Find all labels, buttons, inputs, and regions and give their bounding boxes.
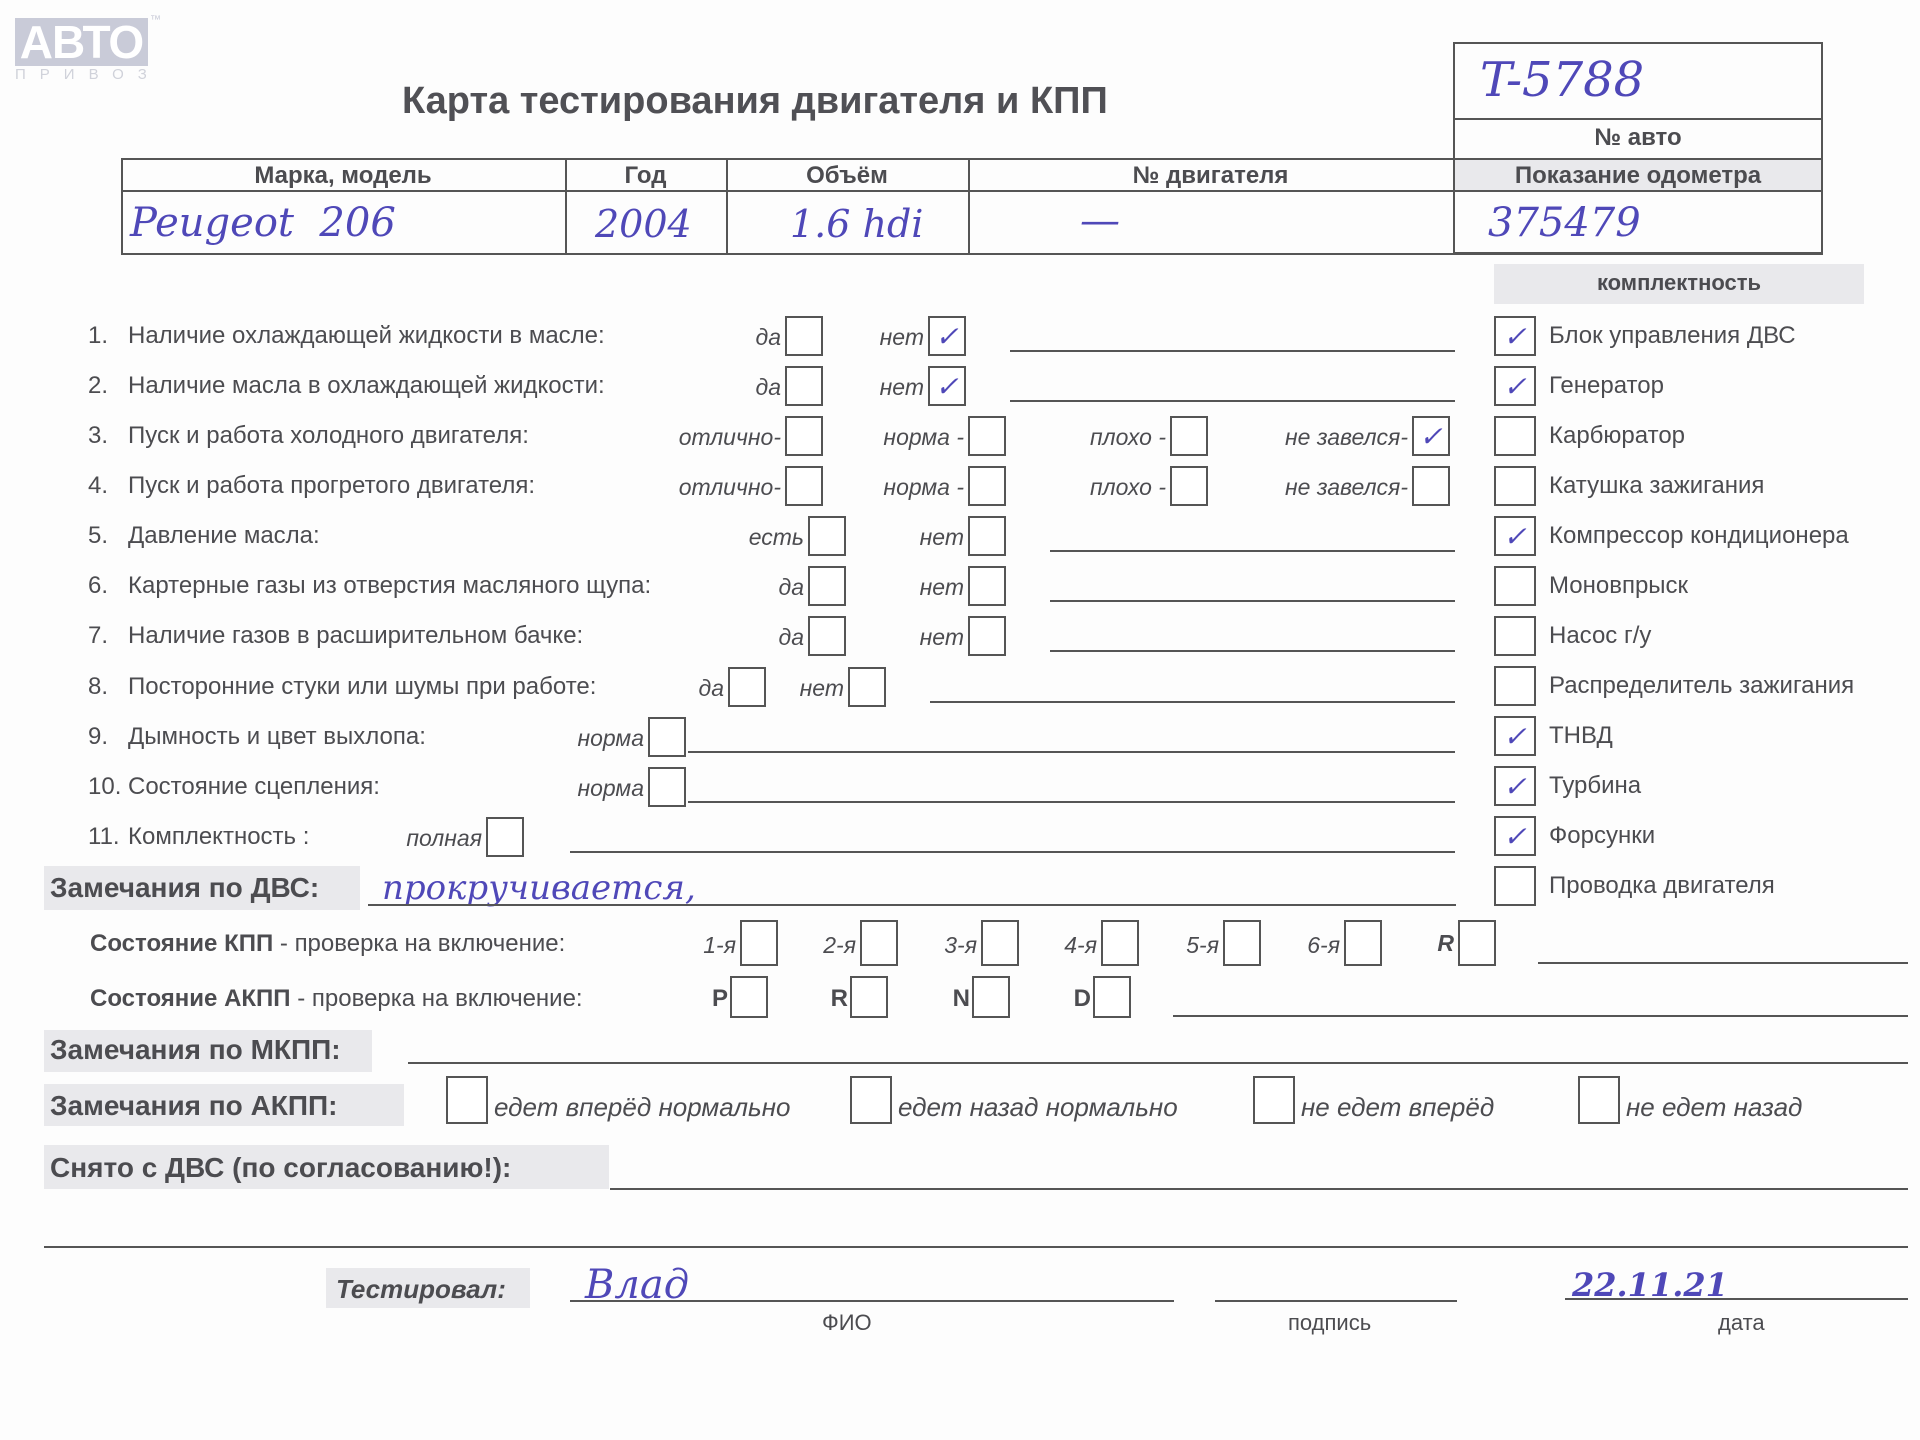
checklist-notes-line[interactable] xyxy=(688,751,1455,753)
tester-name-line xyxy=(570,1300,1174,1302)
checklist-label: Наличие газов в расширительном бачке: xyxy=(128,622,583,650)
gear-label: 4-я xyxy=(1064,932,1097,959)
checklist-label: Пуск и работа холодного двигателя: xyxy=(128,422,529,450)
option-label: плохо - xyxy=(1090,424,1166,451)
value-year[interactable]: 2004 xyxy=(595,202,692,246)
gear-label: 6-я xyxy=(1307,932,1340,959)
gear-checkbox[interactable] xyxy=(730,976,768,1018)
option-label: норма - xyxy=(883,424,964,451)
gear-label: P xyxy=(712,985,728,1013)
checklist-number: 8. xyxy=(88,673,108,701)
option-label: полная xyxy=(406,825,482,852)
auto-remark-checkbox[interactable] xyxy=(1578,1076,1620,1124)
option-label: нет xyxy=(920,524,964,551)
gear-label: 1-я xyxy=(703,932,736,959)
completeness-checkbox[interactable]: ✓ xyxy=(1494,816,1536,856)
gear-label: 5-я xyxy=(1186,932,1219,959)
gear-checkbox[interactable] xyxy=(1223,920,1261,966)
checkmark-icon: ✓ xyxy=(1503,320,1526,353)
gear-label: 3-я xyxy=(944,932,977,959)
checklist-notes-line[interactable] xyxy=(930,701,1455,703)
completeness-checkbox[interactable] xyxy=(1494,616,1536,656)
option-checkbox[interactable] xyxy=(968,466,1006,506)
engine-remarks-label: Замечания по ДВС: xyxy=(50,872,319,904)
checklist-number: 11. xyxy=(88,823,120,851)
option-checkbox[interactable] xyxy=(486,817,524,857)
completeness-item-label: Распределитель зажигания xyxy=(1549,672,1854,700)
gear-label: D xyxy=(1074,985,1091,1013)
option-checkbox[interactable] xyxy=(1170,466,1208,506)
auto-gearbox-label-bold: Состояние АКПП xyxy=(90,985,291,1012)
tester-label: Тестировал: xyxy=(336,1274,506,1305)
signature-caption: подпись xyxy=(1288,1310,1371,1336)
option-checkbox[interactable] xyxy=(968,516,1006,556)
option-checkbox[interactable] xyxy=(785,366,823,406)
option-label: нет xyxy=(880,374,924,401)
auto-gearbox-label-rest: - проверка на включение: xyxy=(291,985,583,1012)
option-checkbox[interactable] xyxy=(968,616,1006,656)
option-label: нет xyxy=(800,675,844,702)
checklist-number: 2. xyxy=(88,372,108,400)
option-checkbox[interactable] xyxy=(728,667,766,707)
removed-line-2[interactable] xyxy=(44,1246,1908,1248)
manual-gearbox-line xyxy=(1538,962,1908,964)
option-label: не завелся- xyxy=(1285,424,1408,451)
option-label: да xyxy=(778,574,804,601)
checklist-number: 7. xyxy=(88,622,108,650)
completeness-checkbox[interactable]: ✓ xyxy=(1494,366,1536,406)
gear-checkbox[interactable] xyxy=(860,920,898,966)
completeness-checkbox[interactable]: ✓ xyxy=(1494,316,1536,356)
completeness-item-label: Карбюратор xyxy=(1549,422,1685,450)
auto-remark-label: едет назад нормально xyxy=(898,1092,1178,1123)
gear-label: R xyxy=(1437,930,1454,957)
completeness-item-label: Генератор xyxy=(1549,372,1664,400)
checklist-label: Пуск и работа прогретого двигателя: xyxy=(128,472,535,500)
checklist-number: 6. xyxy=(88,572,108,600)
engine-remarks-line xyxy=(368,904,1456,906)
manual-gearbox-label-rest: - проверка на включение: xyxy=(273,930,565,957)
checkmark-icon: ✓ xyxy=(1503,720,1526,753)
option-label: нет xyxy=(920,574,964,601)
auto-remark-checkbox[interactable] xyxy=(446,1076,488,1124)
checkmark-icon: ✓ xyxy=(1503,520,1526,553)
checklist-label: Наличие масла в охлаждающей жидкости: xyxy=(128,372,605,400)
completeness-item-label: ТНВД xyxy=(1549,722,1613,750)
completeness-item-label: Катушка зажигания xyxy=(1549,472,1764,500)
gear-label: R xyxy=(831,985,848,1013)
option-checkbox[interactable] xyxy=(785,416,823,456)
option-label: да xyxy=(755,374,781,401)
checkmark-icon: ✓ xyxy=(1503,820,1526,853)
completeness-checkbox[interactable] xyxy=(1494,566,1536,606)
option-label: отлично- xyxy=(679,424,781,451)
auto-remark-label: не едет вперёд xyxy=(1301,1092,1494,1123)
option-label: норма xyxy=(577,725,644,752)
gear-checkbox[interactable] xyxy=(1101,920,1139,966)
value-engine-no[interactable]: — xyxy=(1080,198,1120,244)
completeness-item-label: Турбина xyxy=(1549,772,1641,800)
checklist-number: 10. xyxy=(88,773,121,801)
checklist-notes-line[interactable] xyxy=(1010,400,1455,402)
completeness-checkbox[interactable]: ✓ xyxy=(1494,716,1536,756)
gear-checkbox[interactable] xyxy=(1344,920,1382,966)
checklist-number: 5. xyxy=(88,522,108,550)
gear-label: N xyxy=(953,985,970,1013)
checklist-label: Наличие охлаждающей жидкости в масле: xyxy=(128,322,605,350)
removed-label: Снято с ДВС (по согласованию!): xyxy=(50,1152,511,1184)
option-checkbox[interactable] xyxy=(1412,466,1450,506)
checklist-label: Посторонние стуки или шумы при работе: xyxy=(128,673,596,701)
checklist-notes-line[interactable] xyxy=(570,851,1455,853)
car-number-value[interactable]: T-5788 xyxy=(1480,52,1644,108)
completeness-item-label: Форсунки xyxy=(1549,822,1655,850)
option-checkbox[interactable] xyxy=(785,466,823,506)
option-checkbox[interactable] xyxy=(808,566,846,606)
divider xyxy=(121,190,1823,192)
option-checkbox[interactable]: ✓ xyxy=(928,366,966,406)
option-label: нет xyxy=(880,324,924,351)
checkmark-icon: ✓ xyxy=(935,320,958,353)
date-caption: дата xyxy=(1718,1310,1765,1336)
gear-label: 2-я xyxy=(823,932,856,959)
option-label: есть xyxy=(749,524,804,551)
gear-checkbox[interactable] xyxy=(972,976,1010,1018)
option-label: нет xyxy=(920,624,964,651)
checklist-notes-line[interactable] xyxy=(1050,650,1455,652)
completeness-item-label: Проводка двигателя xyxy=(1549,872,1775,900)
option-checkbox[interactable] xyxy=(968,416,1006,456)
manual-remarks-label: Замечания по МКПП: xyxy=(50,1034,341,1066)
col-header-odometer: Показание одометра xyxy=(1453,162,1823,190)
checklist-label: Состояние сцепления: xyxy=(128,773,380,801)
divider xyxy=(1453,118,1823,120)
auto-remark-checkbox[interactable] xyxy=(1253,1076,1295,1124)
auto-remarks-label: Замечания по АКПП: xyxy=(50,1090,337,1122)
checklist-number: 9. xyxy=(88,723,108,751)
gear-checkbox[interactable] xyxy=(740,920,778,966)
completeness-item-label: Блок управления ДВС xyxy=(1549,322,1796,350)
signature-line[interactable] xyxy=(1215,1300,1457,1302)
option-checkbox[interactable] xyxy=(848,667,886,707)
option-label: плохо - xyxy=(1090,474,1166,501)
completeness-checkbox[interactable]: ✓ xyxy=(1494,516,1536,556)
checkmark-icon: ✓ xyxy=(1419,420,1442,453)
manual-gearbox-label: Состояние КПП - проверка на включение: xyxy=(90,930,565,958)
option-checkbox[interactable]: ✓ xyxy=(928,316,966,356)
engine-remarks-value[interactable]: прокручивается, xyxy=(382,868,696,908)
option-label: норма xyxy=(577,775,644,802)
checklist-label: Картерные газы из отверстия масляного щу… xyxy=(128,572,651,600)
completeness-item-label: Моновпрыск xyxy=(1549,572,1688,600)
option-checkbox[interactable] xyxy=(1170,416,1208,456)
gear-checkbox[interactable] xyxy=(1093,976,1131,1018)
checklist-number: 1. xyxy=(88,322,108,350)
checklist-label: Дымность и цвет выхлопа: xyxy=(128,723,426,751)
tester-name-caption: ФИО xyxy=(822,1310,872,1336)
page-title: Карта тестирования двигателя и КПП xyxy=(402,80,1108,123)
checkmark-icon: ✓ xyxy=(1503,770,1526,803)
completeness-item-label: Насос г/у xyxy=(1549,622,1651,650)
completeness-checkbox[interactable] xyxy=(1494,416,1536,456)
auto-gearbox-label: Состояние АКПП - проверка на включение: xyxy=(90,985,583,1013)
auto-remark-checkbox[interactable] xyxy=(850,1076,892,1124)
logo-subtitle: ПРИВОЗ xyxy=(15,66,148,83)
checkmark-icon: ✓ xyxy=(935,370,958,403)
manual-remarks-line[interactable] xyxy=(408,1062,1908,1064)
removed-line[interactable] xyxy=(610,1188,1908,1190)
completeness-checkbox[interactable] xyxy=(1494,466,1536,506)
option-checkbox[interactable] xyxy=(648,717,686,757)
value-volume[interactable]: 1.6 hdi xyxy=(790,202,923,246)
manual-gearbox-label-bold: Состояние КПП xyxy=(90,930,273,957)
completeness-item-label: Компрессор кондиционера xyxy=(1549,522,1849,550)
gear-checkbox[interactable] xyxy=(1458,920,1496,966)
option-label: норма - xyxy=(883,474,964,501)
option-checkbox[interactable] xyxy=(785,316,823,356)
col-header-model: Марка, модель xyxy=(121,162,565,190)
checklist-notes-line[interactable] xyxy=(1050,550,1455,552)
col-header-volume: Объём xyxy=(726,162,968,190)
checklist-notes-line[interactable] xyxy=(688,801,1455,803)
option-checkbox[interactable]: ✓ xyxy=(1412,416,1450,456)
checklist-notes-line[interactable] xyxy=(1050,600,1455,602)
option-checkbox[interactable] xyxy=(808,516,846,556)
option-label: да xyxy=(698,675,724,702)
gear-checkbox[interactable] xyxy=(981,920,1019,966)
checklist-number: 4. xyxy=(88,472,108,500)
col-header-year: Год xyxy=(565,162,726,190)
option-label: да xyxy=(755,324,781,351)
auto-gearbox-line xyxy=(1173,1015,1908,1017)
checklist-notes-line[interactable] xyxy=(1010,350,1455,352)
option-checkbox[interactable] xyxy=(648,767,686,807)
logo: АВТО xyxy=(15,18,148,66)
checkmark-icon: ✓ xyxy=(1503,370,1526,403)
option-label: да xyxy=(778,624,804,651)
auto-remark-label: не едет назад xyxy=(1626,1092,1802,1123)
car-number-label: № авто xyxy=(1453,124,1823,152)
completeness-title: комплектность xyxy=(1494,270,1864,296)
checklist-label: Комплектность : xyxy=(128,823,309,851)
auto-remark-label: едет вперёд нормально xyxy=(494,1092,790,1123)
logo-trademark: ™ xyxy=(150,14,161,26)
gear-checkbox[interactable] xyxy=(850,976,888,1018)
option-label: не завелся- xyxy=(1285,474,1408,501)
checklist-label: Давление масла: xyxy=(128,522,320,550)
checklist-number: 3. xyxy=(88,422,108,450)
completeness-checkbox[interactable] xyxy=(1494,866,1536,906)
option-label: отлично- xyxy=(679,474,781,501)
completeness-checkbox[interactable] xyxy=(1494,666,1536,706)
option-checkbox[interactable] xyxy=(808,616,846,656)
completeness-checkbox[interactable]: ✓ xyxy=(1494,766,1536,806)
option-checkbox[interactable] xyxy=(968,566,1006,606)
value-odometer[interactable]: 375479 xyxy=(1488,200,1641,246)
col-header-engine-no: № двигателя xyxy=(968,162,1453,190)
date-line xyxy=(1565,1298,1908,1300)
value-model[interactable]: Peugeot 206 xyxy=(130,200,396,246)
